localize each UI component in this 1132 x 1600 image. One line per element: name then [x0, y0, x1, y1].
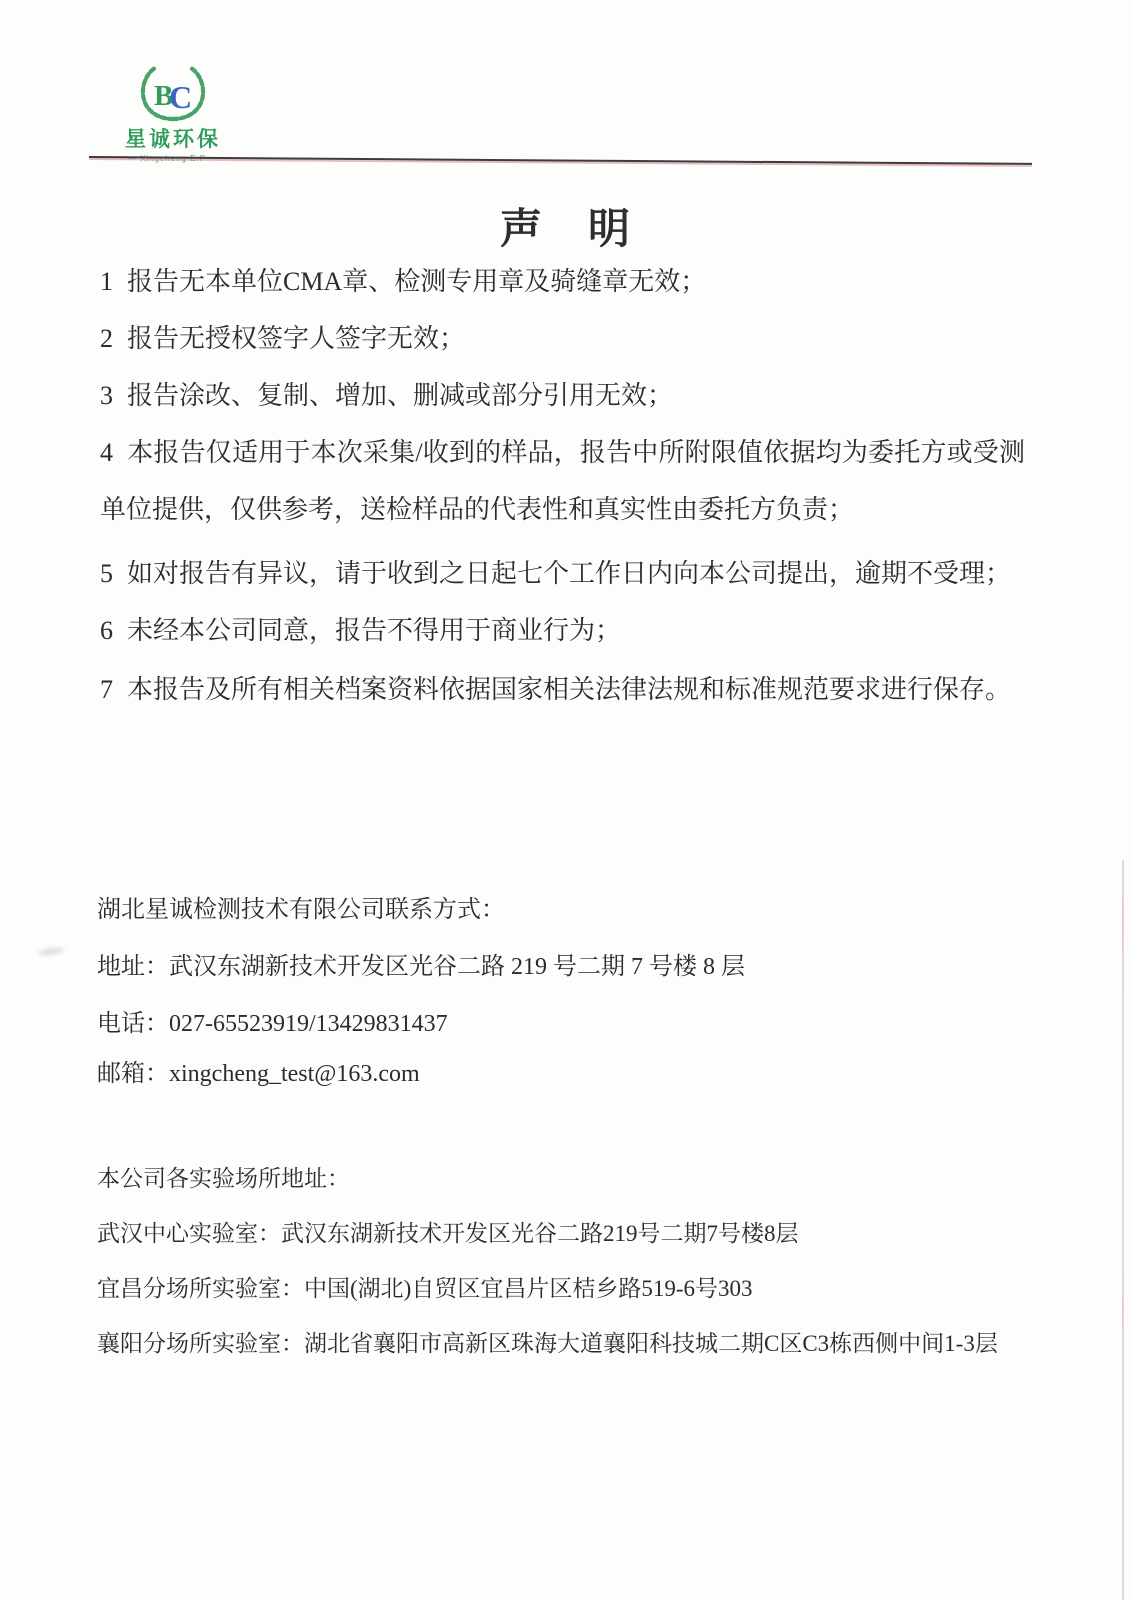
labs-heading: 本公司各实验场所地址：	[97, 1151, 1077, 1206]
statement-item-number: 6	[100, 616, 113, 645]
statement-item-text: 报告无本单位CMA章、检测专用章及骑缝章无效；	[127, 267, 706, 296]
contact-info: 湖北星诚检测技术有限公司联系方式： 地址：武汉东湖新技术开发区光谷二路 219 …	[97, 882, 1037, 1103]
statement-list: 1报告无本单位CMA章、检测专用章及骑缝章无效； 2报告无授权签字人签字无效； …	[100, 253, 1025, 718]
logo-company-name: 星诚环保	[112, 123, 234, 153]
lab-location-item: 武汉中心实验室：武汉东湖新技术开发区光谷二路219号二期7号楼8层	[97, 1206, 1077, 1261]
statement-item: 7本报告及所有相关档案资料依据国家相关法律法规和标准规范要求进行保存。	[100, 661, 1025, 718]
page-title: 声 明	[0, 196, 1132, 256]
company-logo: B C 星诚环保 — Xingcheng E.P —	[112, 64, 234, 163]
statement-item: 3报告涂改、复制、增加、删减或部分引用无效；	[100, 367, 1025, 424]
contact-phone: 电话：027-65523919/13429831437	[97, 996, 1037, 1053]
statement-item: 1报告无本单位CMA章、检测专用章及骑缝章无效；	[100, 253, 1025, 310]
statement-item: 5如对报告有异议，请于收到之日起七个工作日内向本公司提出，逾期不受理；	[100, 545, 1025, 602]
statement-item-text: 本报告及所有相关档案资料依据国家相关法律法规和标准规范要求进行保存。	[127, 675, 1011, 704]
lab-location-item: 宜昌分场所实验室：中国(湖北)自贸区宜昌片区桔乡路519-6号303	[97, 1261, 1077, 1316]
document-page: B C 星诚环保 — Xingcheng E.P — 声 明 1报告无本单位CM…	[0, 0, 1132, 1600]
statement-item-number: 5	[100, 559, 113, 588]
lab-location-item: 襄阳分场所实验室：湖北省襄阳市高新区珠海大道襄阳科技城二期C区C3栋西侧中间1-…	[97, 1316, 1077, 1371]
statement-item-text: 如对报告有异议，请于收到之日起七个工作日内向本公司提出，逾期不受理；	[127, 559, 1011, 588]
statement-item-text: 未经本公司同意，报告不得用于商业行为；	[127, 616, 621, 645]
contact-heading: 湖北星诚检测技术有限公司联系方式：	[97, 882, 1037, 939]
statement-item-number: 4	[100, 438, 113, 467]
statement-item: 6未经本公司同意，报告不得用于商业行为；	[100, 602, 1025, 659]
statement-item-number: 1	[100, 267, 113, 296]
scan-smudge-artifact	[38, 946, 65, 957]
statement-item-number: 3	[100, 381, 113, 410]
lab-locations: 本公司各实验场所地址： 武汉中心实验室：武汉东湖新技术开发区光谷二路219号二期…	[97, 1151, 1077, 1371]
statement-item: 4本报告仅适用于本次采集/收到的样品，报告中所附限值依据均为委托方或受测单位提供…	[100, 424, 1025, 538]
contact-email: 邮箱：xingcheng_test@163.com	[97, 1046, 1037, 1103]
contact-address: 地址：武汉东湖新技术开发区光谷二路 219 号二期 7 号楼 8 层	[97, 939, 1037, 996]
wreath-bc-emblem-icon: B C	[134, 64, 212, 122]
statement-item-text: 报告无授权签字人签字无效；	[127, 324, 465, 353]
logo-letter-c: C	[169, 79, 192, 115]
statement-item: 2报告无授权签字人签字无效；	[100, 310, 1025, 367]
statement-item-text: 本报告仅适用于本次采集/收到的样品，报告中所附限值依据均为委托方或受测单位提供，…	[100, 438, 1025, 524]
scan-edge-artifact	[1122, 860, 1124, 1600]
statement-item-text: 报告涂改、复制、增加、删减或部分引用无效；	[127, 381, 673, 410]
statement-item-number: 7	[100, 675, 113, 704]
statement-item-number: 2	[100, 324, 113, 353]
